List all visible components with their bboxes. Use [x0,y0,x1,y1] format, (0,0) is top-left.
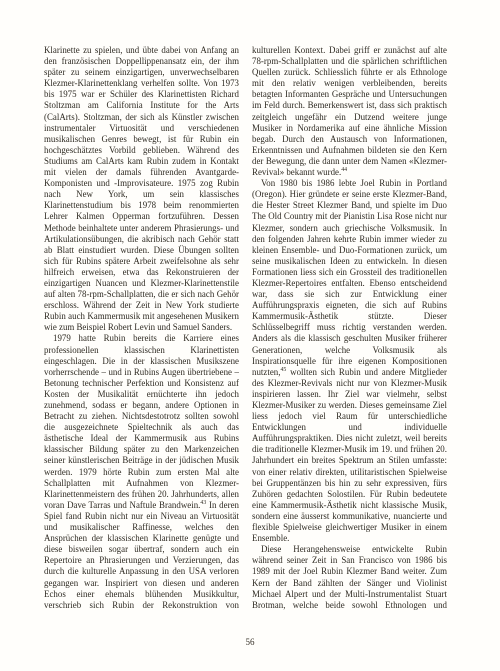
paragraph: kulturellen Kontext. Dabei griff er zunä… [252,45,447,178]
text-columns: Klarinette zu spielen, und übte dabei vo… [44,45,447,611]
book-page: Klarinette zu spielen, und übte dabei vo… [0,0,500,671]
footnote-marker: 43 [200,500,206,506]
page-number: 56 [0,637,500,647]
footnote-marker: 45 [281,367,287,373]
column-right: kulturellen Kontext. Dabei griff er zunä… [252,45,447,611]
paragraph: Diese Herangehensweise entwickelte Rubin… [252,544,447,611]
footnote-marker: 44 [341,167,347,173]
paragraph: 1979 hatte Rubin bereits die Karriere ei… [44,333,239,611]
column-left: Klarinette zu spielen, und übte dabei vo… [44,45,239,611]
paragraph: Von 1980 bis 1986 lebte Joel Rubin in Po… [252,178,447,544]
paragraph: Klarinette zu spielen, und übte dabei vo… [44,45,239,333]
